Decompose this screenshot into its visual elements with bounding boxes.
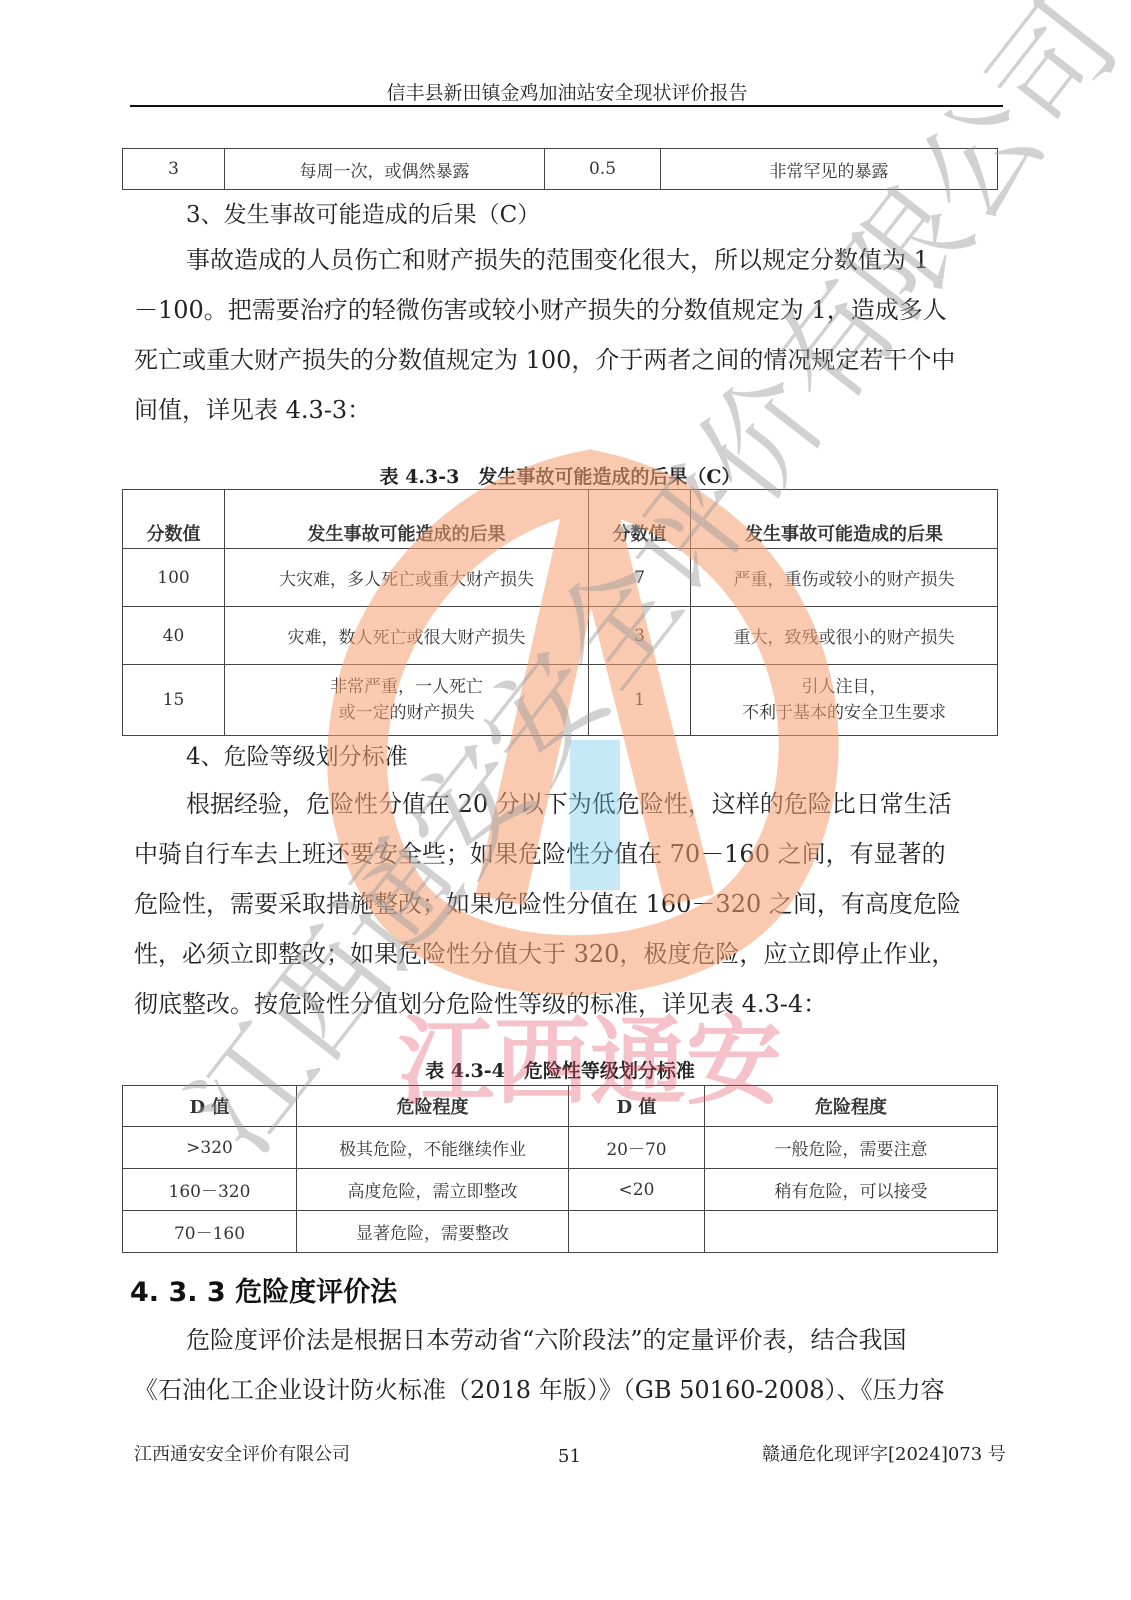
cell: 0.5 (545, 149, 661, 190)
table-4-3-4: D 值 危险程度 D 值 危险程度 >320 极其危险，不能继续作业 20－70… (122, 1085, 998, 1253)
column-header: 危险程度 (297, 1086, 569, 1127)
section-4-3-3-paragraph: 危险度评价法是根据日本劳动省“六阶段法”的定量评价表，结合我国 《石油化工企业设… (134, 1315, 1004, 1415)
cell-line: 不利于基本的安全卫生要求 (691, 700, 997, 726)
table-header-row: 分数值 发生事故可能造成的后果 分数值 发生事故可能造成的后果 (123, 490, 998, 549)
column-header: 发生事故可能造成的后果 (691, 490, 998, 549)
cell: 严重，重伤或较小的财产损失 (691, 549, 998, 607)
cell: 显著危险，需要整改 (297, 1211, 569, 1253)
column-header: 发生事故可能造成的后果 (225, 490, 589, 549)
text-line: 《石油化工企业设计防火标准（2018 年版）》（GB 50160-2008）、《… (134, 1365, 1004, 1415)
cell-line: 非常严重，一人死亡 (225, 674, 588, 700)
cell: 40 (123, 607, 225, 665)
cell: 引人注目， 不利于基本的安全卫生要求 (691, 665, 998, 736)
table-row: 15 非常严重，一人死亡 或一定的财产损失 1 引人注目， 不利于基本的安全卫生… (123, 665, 998, 736)
cell: 7 (589, 549, 691, 607)
text-line: 间值，详见表 4.3-3： (134, 385, 1004, 435)
column-header: 分数值 (123, 490, 225, 549)
cell: <20 (569, 1169, 705, 1211)
cell: 非常严重，一人死亡 或一定的财产损失 (225, 665, 589, 736)
text-line: 根据经验，危险性分值在 20 分以下为低危险性，这样的危险比日常生活 (134, 779, 1004, 829)
cell: 大灾难，多人死亡或重大财产损失 (225, 549, 589, 607)
cell: 3 (589, 607, 691, 665)
column-header: 分数值 (589, 490, 691, 549)
table-row: 40 灾难，数人死亡或很大财产损失 3 重大，致残或很小的财产损失 (123, 607, 998, 665)
footer-doc-number: 赣通危化现评字[2024]073 号 (762, 1440, 1006, 1466)
cell: 极其危险，不能继续作业 (297, 1127, 569, 1169)
cell-line: 引人注目， (691, 674, 997, 700)
table-row: 3 每周一次，或偶然暴露 0.5 非常罕见的暴露 (123, 149, 998, 190)
cell: >320 (123, 1127, 297, 1169)
cell: 100 (123, 549, 225, 607)
cell: 3 (123, 149, 225, 190)
cell: 70－160 (123, 1211, 297, 1253)
page-number: 51 (558, 1446, 581, 1467)
section-4-3-3-title: 4. 3. 3 危险度评价法 (130, 1270, 397, 1309)
text-line: 事故造成的人员伤亡和财产损失的范围变化很大，所以规定分数值为 1 (134, 235, 1004, 285)
cell: 每周一次，或偶然暴露 (225, 149, 545, 190)
text-line: －100。把需要治疗的轻微伤害或较小财产损失的分数值规定为 1，造成多人 (134, 285, 1004, 335)
cell: 稍有危险，可以接受 (705, 1169, 998, 1211)
table-row: >320 极其危险，不能继续作业 20－70 一般危险，需要注意 (123, 1127, 998, 1169)
cell: 1 (589, 665, 691, 736)
cell: 15 (123, 665, 225, 736)
table-row: 70－160 显著危险，需要整改 (123, 1211, 998, 1253)
table-header-row: D 值 危险程度 D 值 危险程度 (123, 1086, 998, 1127)
cell: 灾难，数人死亡或很大财产损失 (225, 607, 589, 665)
table-4-3-3-caption: 表 4.3-3 发生事故可能造成的后果（C） (122, 462, 998, 489)
cell: 重大，致残或很小的财产损失 (691, 607, 998, 665)
table-4-3-3: 分数值 发生事故可能造成的后果 分数值 发生事故可能造成的后果 100 大灾难，… (122, 489, 998, 736)
table-continued: 3 每周一次，或偶然暴露 0.5 非常罕见的暴露 (122, 148, 998, 190)
cell (705, 1211, 998, 1253)
cell: 高度危险，需立即整改 (297, 1169, 569, 1211)
text-line: 危险度评价法是根据日本劳动省“六阶段法”的定量评价表，结合我国 (134, 1315, 1004, 1365)
column-header: 危险程度 (705, 1086, 998, 1127)
page-header: 信丰县新田镇金鸡加油站安全现状评价报告 (132, 78, 1002, 105)
text-line: 彻底整改。按危险性分值划分危险性等级的标准，详见表 4.3-4： (134, 979, 1004, 1029)
cell: 非常罕见的暴露 (661, 149, 998, 190)
text-line: 性，必须立即整改；如果危险性分值大于 320，极度危险，应立即停止作业， (134, 929, 1004, 979)
column-header: D 值 (569, 1086, 705, 1127)
section-4-heading: 4、危险等级划分标准 (186, 738, 408, 771)
cell-line: 或一定的财产损失 (225, 700, 588, 726)
cell: 20－70 (569, 1127, 705, 1169)
column-header: D 值 (123, 1086, 297, 1127)
cell: 一般危险，需要注意 (705, 1127, 998, 1169)
cell: 160－320 (123, 1169, 297, 1211)
text-line: 中骑自行车去上班还要安全些；如果危险性分值在 70－160 之间，有显著的 (134, 829, 1004, 879)
text-line: 危险性，需要采取措施整改；如果危险性分值在 160－320 之间，有高度危险 (134, 879, 1004, 929)
section-3-heading: 3、发生事故可能造成的后果（C） (186, 196, 540, 229)
table-4-3-4-caption: 表 4.3-4 危险性等级划分标准 (122, 1056, 998, 1083)
cell (569, 1211, 705, 1253)
section-3-paragraph: 事故造成的人员伤亡和财产损失的范围变化很大，所以规定分数值为 1 －100。把需… (134, 235, 1004, 435)
table-row: 160－320 高度危险，需立即整改 <20 稍有危险，可以接受 (123, 1169, 998, 1211)
footer-company: 江西通安安全评价有限公司 (134, 1440, 350, 1466)
header-rule (130, 105, 1003, 107)
table-row: 100 大灾难，多人死亡或重大财产损失 7 严重，重伤或较小的财产损失 (123, 549, 998, 607)
section-4-paragraph: 根据经验，危险性分值在 20 分以下为低危险性，这样的危险比日常生活 中骑自行车… (134, 779, 1004, 1029)
text-line: 死亡或重大财产损失的分数值规定为 100，介于两者之间的情况规定若干个中 (134, 335, 1004, 385)
